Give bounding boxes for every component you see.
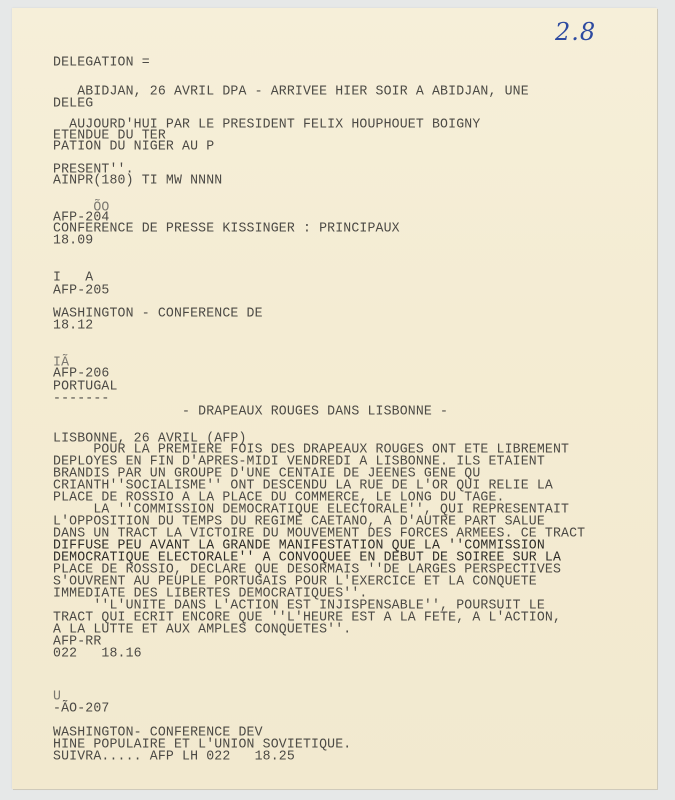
- dispatch-footer: SUIVRA..... AFP LH 022 18.25: [53, 749, 295, 763]
- dispatch-id: AFP-205: [53, 283, 109, 297]
- dispatch-line: ABIDJAN, 26 AVRIL DPA - ARRIVEE HIER SOI…: [53, 84, 529, 98]
- dispatch-line: DELEGATION =: [53, 55, 150, 69]
- transmission-code: AINPR(180) TI MW NNNN: [53, 173, 222, 187]
- article-title: - DRAPEAUX ROUGES DANS LISBONNE -: [53, 404, 448, 418]
- dispatch-line: DELEG: [53, 96, 93, 110]
- dispatch-headline: CONFERENCE DE PRESSE KISSINGER : PRINCIP…: [53, 221, 400, 235]
- dispatch-time: 18.12: [53, 318, 93, 332]
- dispatch-time: 022 18.16: [53, 646, 142, 660]
- handwritten-page-number: 2.8: [555, 18, 596, 46]
- dispatch-line: PATION DU NIGER AU P: [53, 139, 214, 153]
- dispatch-id: -ÃO-207: [53, 701, 109, 715]
- dispatch-time: 18.09: [53, 233, 93, 247]
